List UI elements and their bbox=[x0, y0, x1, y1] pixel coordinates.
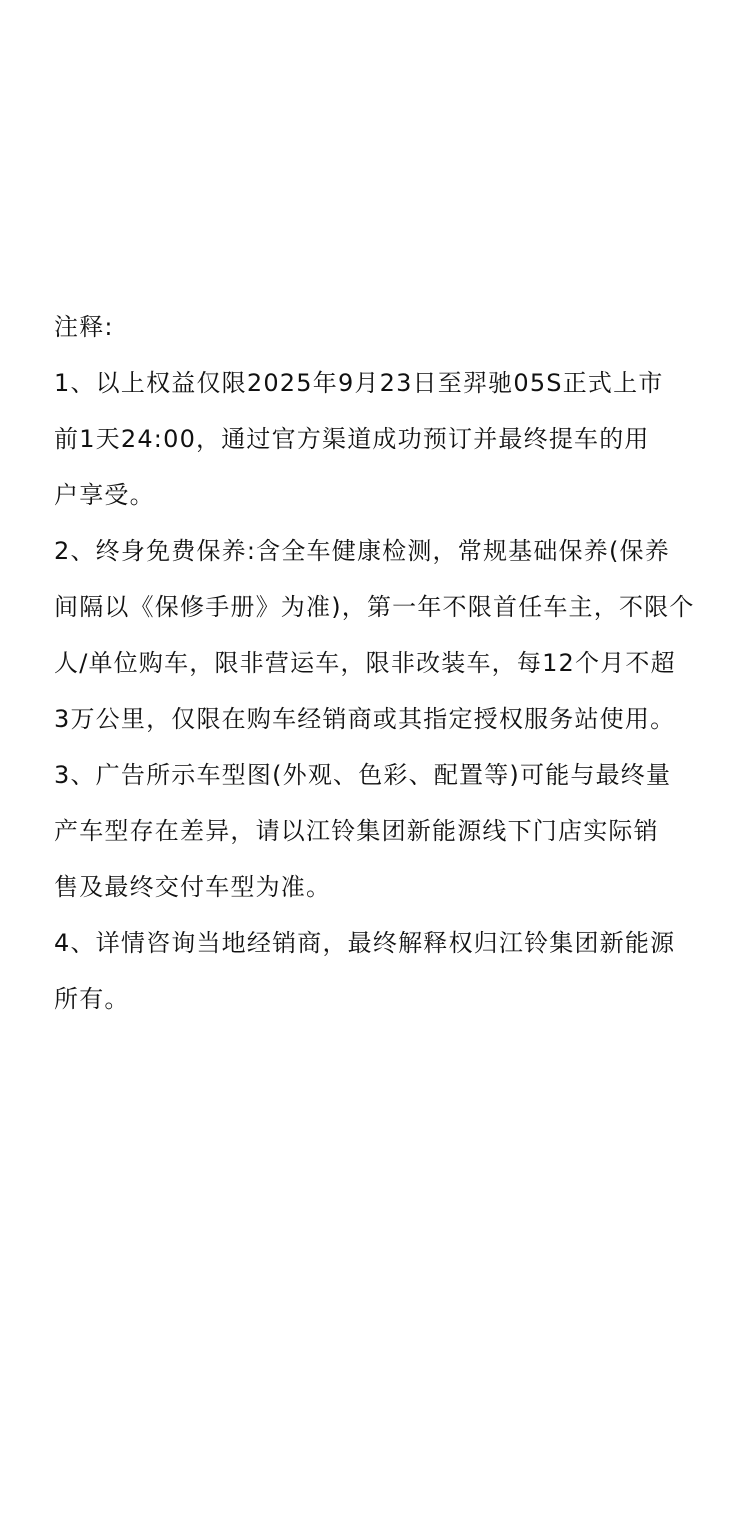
disclaimer-notes: 注释: 1、以上权益仅限2025年9月23日至羿驰05S正式上市 前1天24:0… bbox=[54, 305, 714, 1033]
note-line: 4、详情咨询当地经销商，最终解释权归江铃集团新能源 bbox=[54, 921, 714, 977]
note-line: 3万公里，仅限在购车经销商或其指定授权服务站使用。 bbox=[54, 697, 714, 753]
note-item-4: 4、详情咨询当地经销商，最终解释权归江铃集团新能源 所有。 bbox=[54, 921, 714, 1033]
note-line: 前1天24:00，通过官方渠道成功预订并最终提车的用 bbox=[54, 417, 714, 473]
note-line: 售及最终交付车型为准。 bbox=[54, 865, 714, 921]
note-item-3: 3、广告所示车型图(外观、色彩、配置等)可能与最终量 产车型存在差异，请以江铃集… bbox=[54, 753, 714, 921]
note-line: 人/单位购车，限非营运车，限非改装车，每12个月不超 bbox=[54, 641, 714, 697]
note-item-2: 2、终身免费保养:含全车健康检测，常规基础保养(保养 间隔以《保修手册》为准)，… bbox=[54, 529, 714, 753]
note-line: 所有。 bbox=[54, 977, 714, 1033]
note-line: 2、终身免费保养:含全车健康检测，常规基础保养(保养 bbox=[54, 529, 714, 585]
note-line: 1、以上权益仅限2025年9月23日至羿驰05S正式上市 bbox=[54, 361, 714, 417]
note-line: 户享受。 bbox=[54, 473, 714, 529]
note-line: 3、广告所示车型图(外观、色彩、配置等)可能与最终量 bbox=[54, 753, 714, 809]
note-item-1: 1、以上权益仅限2025年9月23日至羿驰05S正式上市 前1天24:00，通过… bbox=[54, 361, 714, 529]
note-line: 间隔以《保修手册》为准)，第一年不限首任车主，不限个 bbox=[54, 585, 714, 641]
note-line: 产车型存在差异，请以江铃集团新能源线下门店实际销 bbox=[54, 809, 714, 865]
notes-title: 注释: bbox=[54, 305, 714, 361]
